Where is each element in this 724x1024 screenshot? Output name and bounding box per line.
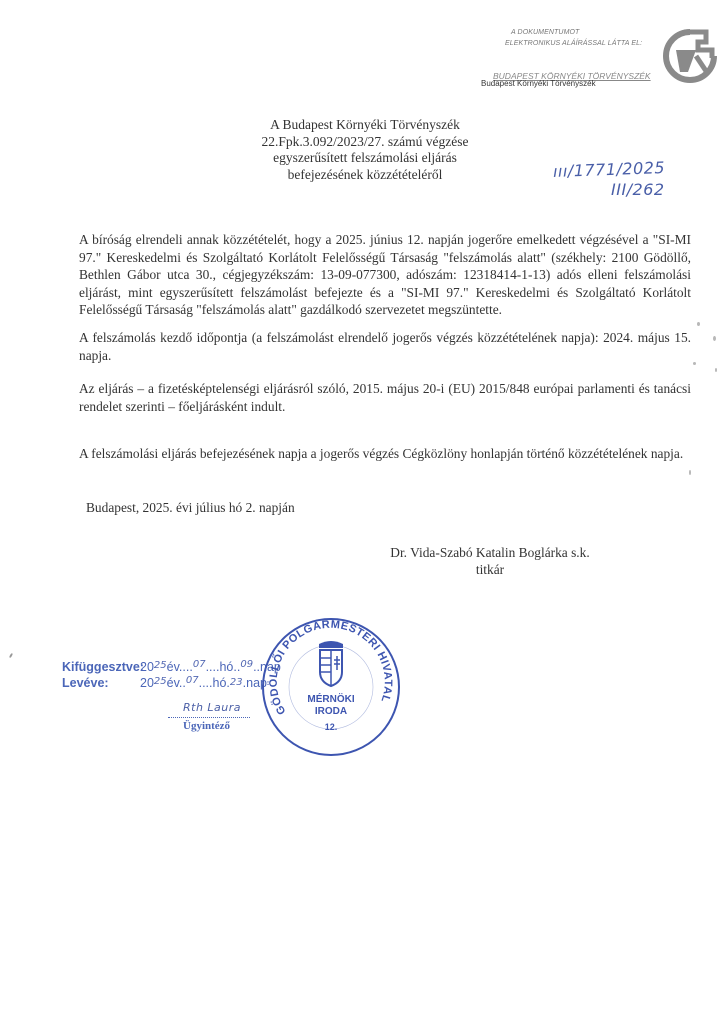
esign-line-1: A dokumentumot [511,29,579,36]
posted-month-word: hó [219,660,233,674]
esign-line-2: elektronikus aláírással látta el: [505,40,642,47]
paragraph-ruling: A bíróság elrendeli annak közzétételét, … [79,231,691,319]
stamp-center-line-1: MÉRNÖKI [307,692,354,705]
paragraph-start-date: A felszámolás kezdő időpontja (a felszám… [79,329,691,364]
removed-label: Levéve: [62,676,140,690]
posted-row: Kifüggesztve:2025év....07....hó..09..nap [62,660,281,674]
removed-month-hand: 07 [186,675,199,686]
signature-line [168,717,250,718]
esign-court-name: Budapest Környéki Törvényszék [481,79,596,88]
paragraph-main-proceeding: Az eljárás – a fizetésképtelenségi eljár… [79,380,691,415]
posted-year-word: év [167,660,179,674]
hungarian-coat-of-arms-icon [319,641,343,686]
header-case-number: 22.Fpk.3.092/2023/27. számú végzése [200,134,530,151]
document-header: A Budapest Környéki Törvényszék 22.Fpk.3… [200,117,530,183]
officer-signature: Rth Laura [183,701,241,714]
posted-year-prefix: 20 [140,660,154,674]
stamp-number: 12. [325,722,338,732]
stamp-center-line-2: IRODA [315,706,347,717]
removed-year-word: év [167,676,179,690]
removed-year-prefix: 20 [140,676,154,690]
signer-name: Dr. Vida-Szabó Katalin Boglárka s.k. [360,544,620,561]
court-logo-icon [662,28,718,84]
posted-label: Kifüggesztve: [62,660,140,674]
office-stamp: GÖDÖLLŐI POLGÁRMESTERI HIVATAL MÉRNÖKI I… [256,612,406,762]
removed-day-hand: 23 [230,677,243,688]
signer-block: Dr. Vida-Szabó Katalin Boglárka s.k. tit… [360,544,620,578]
header-subject-2: befejezésének közzétételéről [200,167,530,184]
removed-month-word: hó [213,676,227,690]
header-subject-1: egyszerűsített felszámolási eljárás [200,150,530,167]
handwritten-reference-2: III/262 [611,180,665,199]
signer-title: titkár [360,561,620,578]
handwritten-reference-1: ııı/1771/2025 [553,158,666,181]
removed-row: Levéve:2025év..07....hó.23.nap [62,676,267,690]
header-court: A Budapest Környéki Törvényszék [200,117,530,134]
posted-day-hand: 09 [240,659,253,670]
officer-label: Ügyintéző [183,720,230,732]
place-and-date: Budapest, 2025. évi július hó 2. napján [86,500,295,516]
removed-year-hand: 25 [154,676,167,687]
posted-year-hand: 25 [154,660,167,671]
paragraph-completion-date: A felszámolási eljárás befejezésének nap… [79,445,691,463]
posted-month-hand: 07 [193,659,206,670]
